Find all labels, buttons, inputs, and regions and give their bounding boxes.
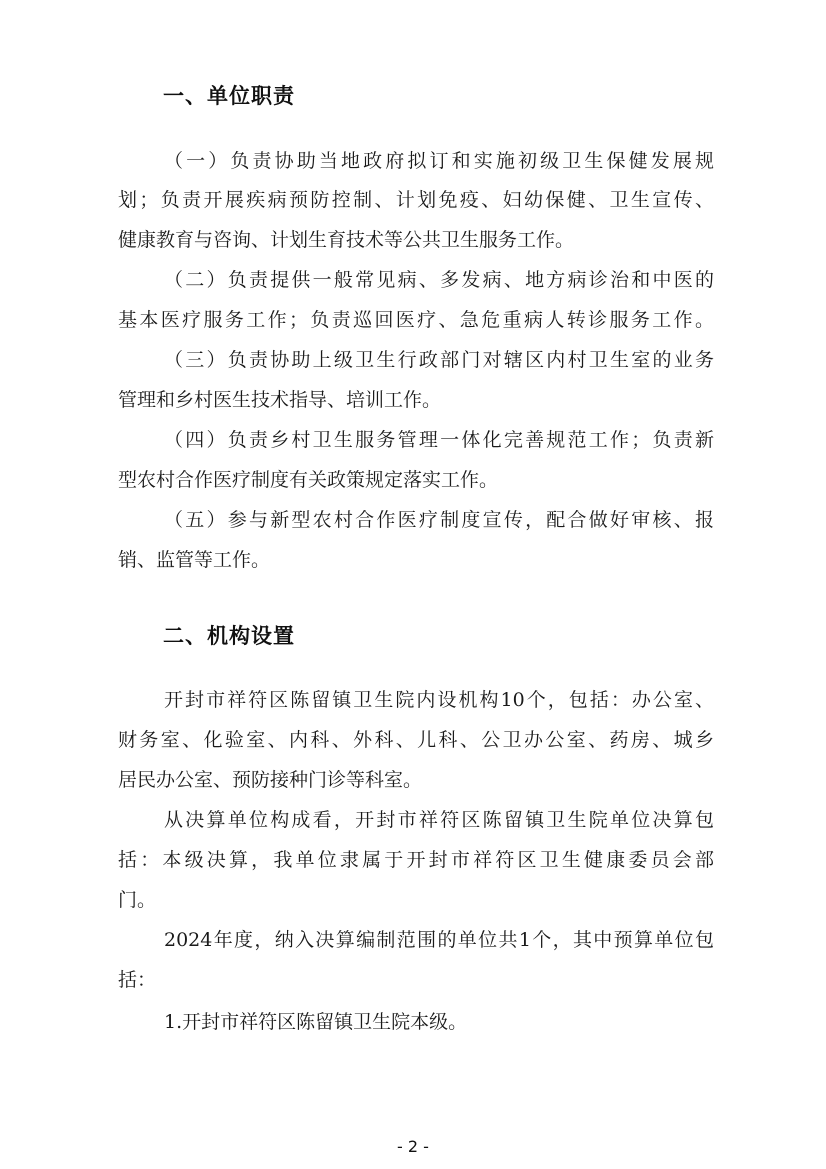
paragraph-line: 划；负责开展疾病预防控制、计划免疫、妇幼保健、卫生宣传、 — [118, 185, 714, 212]
paragraph-line: 基本医疗服务工作；负责巡回医疗、急危重病人转诊服务工作。 — [118, 305, 714, 332]
paragraph-line: 括： — [118, 965, 156, 992]
paragraph-line: 居民办公室、预防接种门诊等科室。 — [118, 765, 422, 792]
page-number: - 2 - — [0, 1137, 826, 1156]
paragraph-line: 管理和乡村医生技术指导、培训工作。 — [118, 385, 441, 412]
paragraph-line: 门。 — [118, 885, 156, 912]
document-page: 一、单位职责 （一）负责协助当地政府拟订和实施初级卫生保健发展规 划；负责开展疾… — [0, 0, 826, 1169]
paragraph-line: （二）负责提供一般常见病、多发病、地方病诊治和中医的 — [164, 265, 714, 292]
section-heading-responsibilities: 一、单位职责 — [163, 80, 295, 110]
paragraph-line: 销、监管等工作。 — [118, 545, 270, 572]
paragraph-line: （一）负责协助当地政府拟订和实施初级卫生保健发展规 — [164, 146, 714, 173]
paragraph-line: 2024年度，纳入决算编制范围的单位共1个，其中预算单位包 — [164, 925, 714, 952]
paragraph-line: 财务室、化验室、内科、外科、儿科、公卫办公室、药房、城乡 — [118, 725, 714, 752]
paragraph-line: （三）负责协助上级卫生行政部门对辖区内村卫生室的业务 — [164, 345, 714, 372]
paragraph-line: （五）参与新型农村合作医疗制度宣传，配合做好审核、报 — [164, 505, 714, 532]
list-item: 1.开封市祥符区陈留镇卫生院本级。 — [164, 1007, 467, 1034]
paragraph-line: 开封市祥符区陈留镇卫生院内设机构10个，包括：办公室、 — [164, 685, 714, 712]
paragraph-line: 括：本级决算，我单位隶属于开封市祥符区卫生健康委员会部 — [118, 845, 714, 872]
paragraph-line: （四）负责乡村卫生服务管理一体化完善规范工作；负责新 — [164, 425, 714, 452]
paragraph-line: 型农村合作医疗制度有关政策规定落实工作。 — [118, 465, 498, 492]
paragraph-line: 健康教育与咨询、计划生育技术等公共卫生服务工作。 — [118, 225, 574, 252]
paragraph-line: 从决算单位构成看，开封市祥符区陈留镇卫生院单位决算包 — [164, 805, 714, 832]
section-heading-organization: 二、机构设置 — [163, 620, 295, 650]
